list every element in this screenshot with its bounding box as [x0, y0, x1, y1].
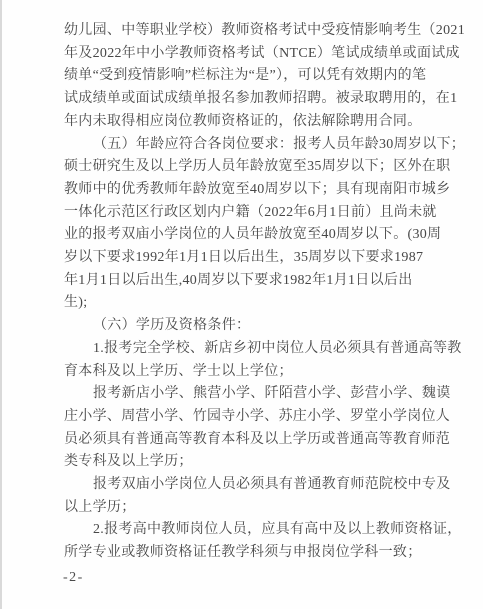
text-line: （五）年龄应符合各岗位要求：报考人员年龄30周岁以下；	[64, 134, 452, 157]
text-line: 绩单“受到疫情影响”栏标注为“是”），可以凭有效期内的笔	[64, 65, 452, 88]
text-line: 试成绩单或面试成绩单报名参加教师招聘。被录取聘用的，在1	[64, 88, 452, 111]
text-line: 以上学历；	[64, 497, 452, 520]
text-line: 岁以下要求1992年1月1日以后出生，35周岁以下要求1987	[64, 247, 452, 270]
document-page: 幼儿园、中等职业学校）教师资格考试中受疫情影响考生（2021年及2022年中小学…	[0, 0, 483, 609]
text-line: 报考双庙小学岗位人员必须具有普通教育师范院校中专及	[64, 474, 452, 497]
text-line: 育本科及以上学历、学士以上学位；	[64, 361, 452, 384]
text-line: 员必须具有普通高等教育本科及以上学历或普通高等教育师范	[64, 429, 452, 452]
text-line: （六）学历及资格条件：	[64, 315, 452, 338]
text-line: 硕士研究生及以上学历人员年龄放宽至35周岁以下；区外在职	[64, 156, 452, 179]
document-body-text: 幼儿园、中等职业学校）教师资格考试中受疫情影响考生（2021年及2022年中小学…	[64, 20, 452, 565]
scan-edge-line	[0, 0, 2, 609]
text-line: 2.报考高中教师岗位人员，应具有高中及以上教师资格证，	[64, 519, 452, 542]
text-line: 生);	[64, 292, 452, 315]
text-line: 教师中的优秀教师年龄放宽至40周岁以下；具有现南阳市城乡	[64, 179, 452, 202]
text-line: 1.报考完全学校、新店乡初中岗位人员必须具有普通高等教	[64, 338, 452, 361]
page-number: -2-	[63, 570, 84, 586]
text-line: 年1月1日以后出生,40周岁以下要求1982年1月1日以后出	[64, 270, 452, 293]
text-line: 一体化示范区行政区划内户籍（2022年6月1日前）且尚未就	[64, 202, 452, 225]
text-line: 年及2022年中小学教师资格考试（NTCE）笔试成绩单或面试成	[64, 43, 452, 66]
text-line: 幼儿园、中等职业学校）教师资格考试中受疫情影响考生（2021	[64, 20, 452, 43]
text-line: 报考新店小学、熊营小学、阡陌营小学、彭营小学、魏谟	[64, 383, 452, 406]
text-line: 年内未取得相应岗位教师资格证的，依法解除聘用合同。	[64, 111, 452, 134]
text-line: 所学专业或教师资格证任教学科须与申报岗位学科一致；	[64, 542, 452, 565]
text-line: 类专科及以上学历；	[64, 451, 452, 474]
text-line: 庄小学、周营小学、竹园寺小学、苏庄小学、罗堂小学岗位人	[64, 406, 452, 429]
text-line: 业的报考双庙小学岗位的人员年龄放宽至40周岁以下。(30周	[64, 224, 452, 247]
